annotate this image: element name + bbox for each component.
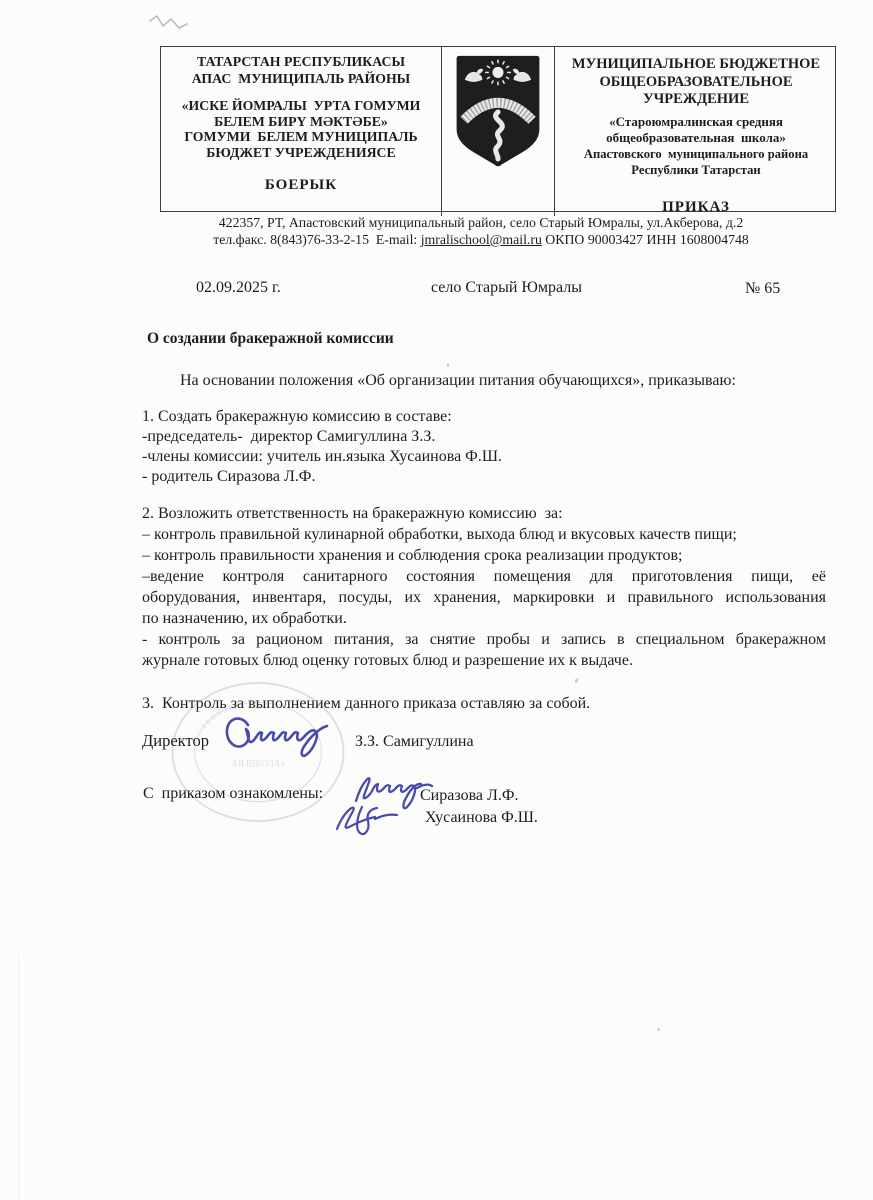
contact-line: тел.факс. 8(843)76-33-2-15 E-mail: jmral…: [128, 231, 834, 248]
org-name-tatar-line: ГОМУМИ БЕЛЕМ МУНИЦИПАЛЬ: [161, 129, 441, 145]
khusainova-signature-ink: [330, 799, 402, 839]
item2-point-line: –ведение контроля санитарного состояния …: [142, 566, 826, 587]
letterhead-tatar-column: ТАТАРСТАН РЕСПУБЛИКАСЫ АПАС МУНИЦИПАЛЬ Р…: [161, 47, 442, 216]
commission-member: - родитель Сиразова Л.Ф.: [142, 467, 826, 487]
org-name-russian-line: МУНИЦИПАЛЬНОЕ БЮДЖЕТНОЕ: [555, 56, 837, 74]
email-address: jmralischool@mail.ru: [421, 232, 542, 247]
address-block: 422357, РТ, Апастовский муниципальный ра…: [128, 214, 834, 248]
director-signature-ink: [220, 711, 342, 763]
order-item-2: 2. Возложить ответственность на бракераж…: [142, 503, 826, 671]
letterhead-emblem-cell: [442, 47, 555, 216]
coat-of-arms-icon: [452, 51, 544, 173]
item2-point-line: журнале готовых блюд оценку готовых блюд…: [142, 650, 826, 671]
commission-member: -председатель- директор Самигуллина З.З.: [142, 427, 826, 447]
order-item-1: 1. Создать бракеражную комиссию в состав…: [142, 407, 826, 487]
order-number: № 65: [745, 280, 780, 298]
item2-point-line: - контроль за рационом питания, за сняти…: [142, 629, 826, 650]
item2-point: – контроль правильности хранения и соблю…: [142, 545, 826, 566]
phone-fax: тел.факс. 8(843)76-33-2-15 E-mail:: [213, 232, 421, 247]
doc-type-russian: ПРИКАЗ: [555, 198, 837, 216]
org-name-tatar-line: «ИСКЕ ЙОМРАЛЫ УРТА ГОМУМИ: [161, 98, 441, 114]
doc-type-tatar: БОЕРЫК: [161, 176, 441, 194]
acknowledged-name: Хусаинова Ф.Ш.: [425, 809, 538, 827]
okpo-inn: ОКПО 90003427 ИНН 1608004748: [542, 232, 749, 247]
director-name: З.З. Самигуллина: [355, 733, 474, 751]
pen-squiggle-artifact: [148, 13, 190, 35]
order-subject: О создании бракеражной комиссии: [147, 330, 394, 348]
org-name-tatar-line: БЮДЖЕТ УЧРЕЖДЕНИЯСЕ: [161, 145, 441, 161]
letterhead-russian-column: МУНИЦИПАЛЬНОЕ БЮДЖЕТНОЕ ОБЩЕОБРАЗОВАТЕЛЬ…: [555, 47, 837, 216]
republic-line: Республики Татарстан: [555, 162, 837, 178]
order-place: село Старый Юмралы: [431, 279, 582, 297]
director-label: Директор: [142, 731, 209, 751]
item2-point-line: оборудования, инвентаря, посуды, их хран…: [142, 587, 826, 608]
commission-member: -члены комиссии: учитель ин.языка Хусаин…: [142, 447, 826, 467]
order-intro: На основании положения «Об организации п…: [142, 371, 826, 390]
school-name-line: «Староюмралинская средняя: [555, 114, 837, 130]
acknowledged-name: Сиразова Л.Ф.: [420, 787, 519, 805]
item2-title: 2. Возложить ответственность на бракераж…: [142, 503, 826, 524]
org-name-tatar-line: АПАС МУНИЦИПАЛЬ РАЙОНЫ: [161, 71, 441, 88]
scan-speck: [574, 678, 579, 684]
org-name-russian-line: ОБЩЕОБРАЗОВАТЕЛЬНОЕ: [555, 74, 837, 92]
scan-crease-line: [18, 955, 19, 1200]
org-name-tatar-line: БЕЛЕМ БИРҮ МӘКТӘБЕ»: [161, 114, 441, 130]
school-name-line: общеобразовательная школа»: [555, 130, 837, 146]
sun-icon: [492, 67, 503, 78]
order-date: 02.09.2025 г.: [196, 279, 281, 297]
item2-point-line: по назначению, их обработки.: [142, 608, 826, 629]
scanned-order-document: ТАТАРСТАН РЕСПУБЛИКАСЫ АПАС МУНИЦИПАЛЬ Р…: [0, 0, 873, 1200]
postal-address: 422357, РТ, Апастовский муниципальный ра…: [128, 214, 834, 231]
org-name-tatar-line: ТАТАРСТАН РЕСПУБЛИКАСЫ: [161, 54, 441, 71]
letterhead-table: ТАТАРСТАН РЕСПУБЛИКАСЫ АПАС МУНИЦИПАЛЬ Р…: [160, 46, 836, 212]
item1-title: 1. Создать бракеражную комиссию в состав…: [142, 407, 826, 427]
scan-speck: [657, 1028, 660, 1031]
district-line: Апастовского муниципального района: [555, 146, 837, 162]
scan-speck: [447, 363, 449, 367]
item2-point: – контроль правильной кулинарной обработ…: [142, 524, 826, 545]
org-name-russian-line: УЧРЕЖДЕНИЕ: [555, 91, 837, 109]
acknowledged-label: С приказом ознакомлены:: [143, 785, 323, 803]
